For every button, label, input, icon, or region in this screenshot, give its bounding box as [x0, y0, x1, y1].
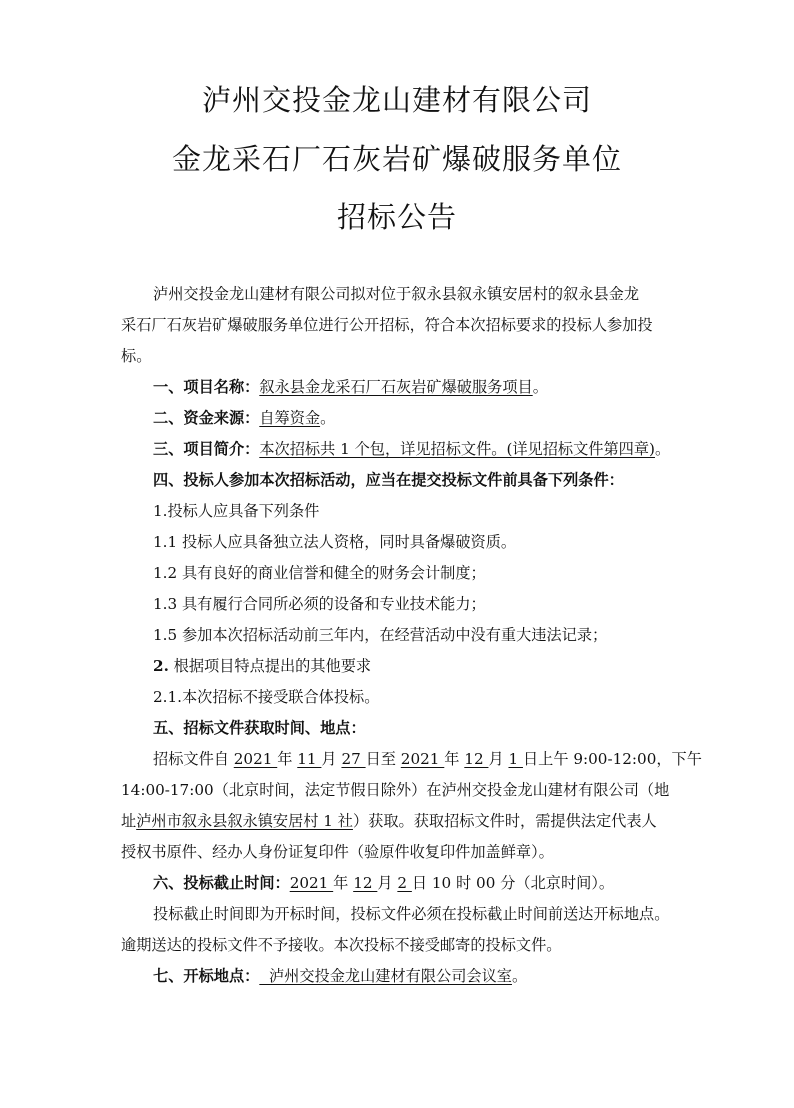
- funding-label: 二、资金来源：: [153, 409, 259, 427]
- requirement-item: 1.2 具有良好的商业信誉和健全的财务会计制度；: [121, 558, 675, 589]
- document-page: 泸州交投金龙山建材有限公司 金龙采石厂石灰岩矿爆破服务单位 招标公告 泸州交投金…: [0, 0, 794, 1108]
- start-day: 27: [341, 750, 365, 768]
- requirement-item: 1.5 参加本次招标活动前三年内，在经营活动中没有重大违法记录；: [121, 620, 675, 651]
- section-summary: 三、项目简介：本次招标共 1 个包，详见招标文件。(详见招标文件第四章)。: [121, 434, 675, 465]
- deadline-month: 12: [353, 874, 377, 892]
- summary-end: 。: [655, 440, 670, 458]
- summary-value: 本次招标共 1 个包，详见招标文件。(详见招标文件第四章): [259, 440, 655, 458]
- other-requirements-number: 2.: [153, 657, 169, 675]
- obtain-paragraph: 招标文件自 2021 年 11 月 27 日至 2021 年 12 月 1 日上…: [121, 744, 675, 868]
- other-requirement-item: 2.1.本次招标不接受联合体投标。: [121, 682, 675, 713]
- deadline-year: 2021: [290, 874, 333, 892]
- obtain-text: 日至: [366, 750, 401, 768]
- summary-label: 三、项目简介：: [153, 440, 259, 458]
- deadline-note-line-2: 逾期送达的投标文件不予接收。本次投标不接受邮寄的投标文件。: [89, 930, 675, 961]
- deadline-text: 日 10 时 00 分（北京时间）。: [412, 874, 614, 892]
- obtain-line-3: 址泸州市叙永县叙永镇安居村 1 社）获取。获取招标文件时，需提供法定代表人: [89, 806, 675, 837]
- intro-paragraph: 泸州交投金龙山建材有限公司拟对位于叙永县叙永镇安居村的叙永县金龙 采石厂石灰岩矿…: [121, 279, 675, 372]
- obtain-line-4: 授权书原件、经办人身份证复印件（验原件收复印件加盖鲜章）。: [89, 837, 675, 868]
- requirement-item: 1.投标人应具备下列条件: [121, 496, 675, 527]
- end-month: 12: [464, 750, 488, 768]
- obtain-text: 日上午 9:00-12:00，下午: [523, 750, 702, 768]
- intro-line-3: 标。: [89, 341, 675, 372]
- deadline-text: 月: [377, 874, 397, 892]
- obtain-text: 月: [488, 750, 508, 768]
- intro-line-2: 采石厂石灰岩矿爆破服务单位进行公开招标，符合本次招标要求的投标人参加投: [121, 310, 675, 341]
- obtain-text: 址: [121, 812, 136, 830]
- obtain-text: 月: [321, 750, 341, 768]
- document-body: 泸州交投金龙山建材有限公司拟对位于叙永县叙永镇安居村的叙永县金龙 采石厂石灰岩矿…: [121, 279, 675, 992]
- deadline-label: 六、投标截止时间：: [153, 874, 290, 892]
- obtain-line-2: 14:00-17:00（北京时间，法定节假日除外）在泸州交投金龙山建材有限公司（…: [89, 775, 675, 806]
- end-day: 1: [508, 750, 523, 768]
- deadline-text: 年: [333, 874, 353, 892]
- title-company: 泸州交投金龙山建材有限公司: [0, 82, 794, 118]
- other-requirements: 2. 根据项目特点提出的其他要求: [121, 651, 675, 682]
- opening-end: 。: [512, 967, 527, 985]
- obtain-address: 泸州市叙永县叙永镇安居村 1 社: [136, 812, 353, 830]
- deadline-day: 2: [397, 874, 412, 892]
- project-name-value: 叙永县金龙采石厂石灰岩矿爆破服务项目: [259, 378, 532, 396]
- deadline-note-line-1: 投标截止时间即为开标时间，投标文件必须在投标截止时间前送达开标地点。: [121, 899, 675, 930]
- requirements-heading: 四、投标人参加本次招标活动，应当在提交投标文件前具备下列条件：: [121, 465, 675, 496]
- project-name-label: 一、项目名称：: [153, 378, 259, 396]
- start-year: 2021: [234, 750, 277, 768]
- section-funding: 二、资金来源：自筹资金。: [121, 403, 675, 434]
- section-project-name: 一、项目名称：叙永县金龙采石厂石灰岩矿爆破服务项目。: [121, 372, 675, 403]
- obtain-heading: 五、招标文件获取时间、地点：: [121, 713, 675, 744]
- requirement-item: 1.3 具有履行合同所必须的设备和专业技术能力；: [121, 589, 675, 620]
- project-name-end: 。: [533, 378, 548, 396]
- deadline-note: 投标截止时间即为开标时间，投标文件必须在投标截止时间前送达开标地点。 逾期送达的…: [121, 899, 675, 961]
- opening-location: 泸州交投金龙山建材有限公司会议室: [259, 967, 512, 985]
- obtain-text: 年: [444, 750, 464, 768]
- funding-end: 。: [320, 409, 335, 427]
- end-year: 2021: [401, 750, 444, 768]
- title-project: 金龙采石厂石灰岩矿爆破服务单位: [0, 141, 794, 177]
- obtain-line-1: 招标文件自 2021 年 11 月 27 日至 2021 年 12 月 1 日上…: [121, 744, 675, 775]
- start-month: 11: [297, 750, 321, 768]
- other-requirements-text: 根据项目特点提出的其他要求: [169, 657, 371, 675]
- obtain-text: 招标文件自: [153, 750, 234, 768]
- intro-line-1: 泸州交投金龙山建材有限公司拟对位于叙永县叙永镇安居村的叙永县金龙: [121, 279, 675, 310]
- title-announcement: 招标公告: [0, 199, 794, 235]
- obtain-text: 年: [277, 750, 297, 768]
- obtain-text: ）获取。获取招标文件时，需提供法定代表人: [353, 812, 657, 830]
- requirement-item: 1.1 投标人应具备独立法人资格，同时具备爆破资质。: [121, 527, 675, 558]
- funding-value: 自筹资金: [259, 409, 320, 427]
- opening-label: 七、开标地点：: [153, 967, 259, 985]
- section-opening: 七、开标地点： 泸州交投金龙山建材有限公司会议室。: [121, 961, 675, 992]
- section-deadline: 六、投标截止时间：2021 年 12 月 2 日 10 时 00 分（北京时间）…: [121, 868, 675, 899]
